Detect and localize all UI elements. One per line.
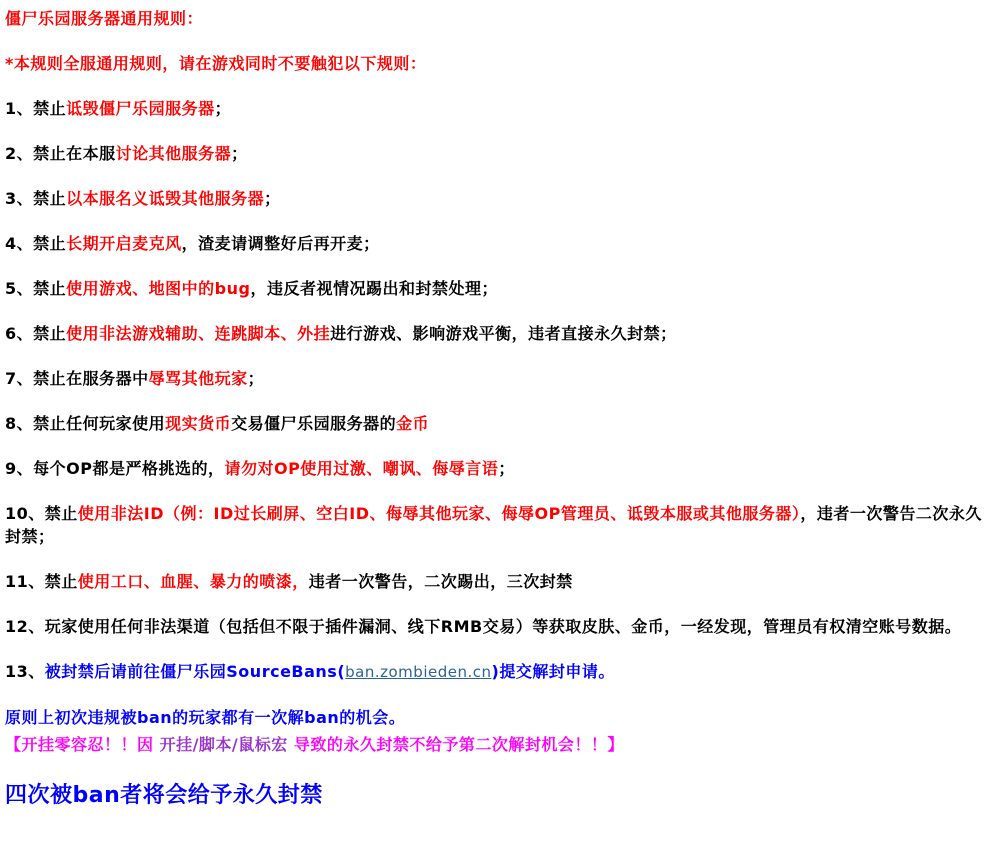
final-warning-heading: 四次被ban者将会给予永久封禁 (5, 782, 998, 810)
rule-1: 1、禁止诋毁僵尸乐园服务器； (5, 97, 998, 120)
rule-1-segment: 1、禁止 (5, 99, 66, 118)
rule-7-segment: 辱骂其他玩家 (149, 369, 248, 388)
rule-13-segment: 13、 (5, 662, 45, 681)
rule-8-segment: 交易僵尸乐园服务器的 (231, 414, 396, 433)
sourcebans-link[interactable]: ban.zombieden.cn (345, 663, 491, 681)
rule-10-segment: 使用非法ID（例：ID过长刷屏、空白ID、侮辱其他玩家、侮辱OP管理员、诋毁本服… (78, 504, 801, 523)
cheat-warning: 【开挂零容忍！！因 开挂/脚本/鼠标宏 导致的永久封禁不给予第二次解封机会！！】 (5, 733, 998, 756)
rule-2: 2、禁止在本服讨论其他服务器； (5, 142, 998, 165)
rule-10-segment: 10、禁止 (5, 504, 78, 523)
rule-4-segment: ，渣麦请调整好后再开麦； (182, 234, 380, 253)
rule-13-segment: )提交解封申请。 (492, 662, 615, 681)
rule-1-segment: ； (215, 99, 232, 118)
rule-7-segment: ； (248, 369, 265, 388)
rule-12: 12、玩家使用任何非法渠道（包括但不限于插件漏洞、线下RMB交易）等获取皮肤、金… (5, 615, 998, 638)
rule-4-segment: 4、禁止 (5, 234, 66, 253)
doc-title-segment: 僵尸乐园服务器通用规则： (5, 9, 203, 28)
unban-note-segment: 原则上初次违规被ban的玩家都有一次解ban的机会。 (5, 708, 405, 727)
rule-11: 11、禁止使用工口、血腥、暴力的喷漆，违者一次警告，二次踢出，三次封禁 (5, 570, 998, 593)
rule-10: 10、禁止使用非法ID（例：ID过长刷屏、空白ID、侮辱其他玩家、侮辱OP管理员… (5, 502, 998, 548)
rule-7: 7、禁止在服务器中辱骂其他玩家； (5, 367, 998, 390)
rule-5: 5、禁止使用游戏、地图中的bug，违反者视情况踢出和封禁处理； (5, 277, 998, 300)
rule-11-segment: 使用工口、血腥、暴力的喷漆， (78, 572, 309, 591)
rule-5-segment: 5、禁止 (5, 279, 66, 298)
rule-6-segment: 进行游戏、影响游戏平衡，违者直接永久封禁； (330, 324, 677, 343)
rule-3-segment: 3、禁止 (5, 189, 66, 208)
rule-12-segment: 12、玩家使用任何非法渠道（包括但不限于插件漏洞、线下RMB交易）等获取皮肤、金… (5, 617, 961, 636)
rules-list: 僵尸乐园服务器通用规则：*本规则全服通用规则，请在游戏同时不要触犯以下规则：1、… (5, 7, 998, 756)
rule-6: 6、禁止使用非法游戏辅助、连跳脚本、外挂进行游戏、影响游戏平衡，违者直接永久封禁… (5, 322, 998, 345)
rule-4-segment: 长期开启麦克风 (66, 234, 182, 253)
rule-9-segment: 9、每个OP都是严格挑选的， (5, 459, 224, 478)
rule-5-segment: ，违反者视情况踢出和封禁处理； (250, 279, 498, 298)
rule-3-segment: ； (264, 189, 281, 208)
cheat-warning-segment: 导致的永久封禁不给予第二次解封机会！！】 (288, 735, 624, 754)
rule-2-segment: 讨论其他服务器 (116, 144, 232, 163)
rule-2-segment: 2、禁止在本服 (5, 144, 116, 163)
rule-8-segment: 8、禁止任何玩家使用 (5, 414, 165, 433)
rule-9-segment: 请勿对OP使用过激、嘲讽、侮辱言语 (224, 459, 498, 478)
rule-9-segment: ； (498, 459, 515, 478)
rule-8-segment: 现实货币 (165, 414, 231, 433)
rule-13: 13、被封禁后请前往僵尸乐园SourceBans(ban.zombieden.c… (5, 660, 998, 684)
rule-11-segment: 11、禁止 (5, 572, 78, 591)
cheat-warning-segment: 开挂/脚本/鼠标宏 (160, 735, 288, 754)
rule-5-segment: 使用游戏、地图中的bug (66, 279, 250, 298)
rule-4: 4、禁止长期开启麦克风，渣麦请调整好后再开麦； (5, 232, 998, 255)
rule-8-segment: 金币 (396, 414, 429, 433)
intro-note-segment: *本规则全服通用规则，请在游戏同时不要触犯以下规则： (5, 54, 426, 73)
doc-title: 僵尸乐园服务器通用规则： (5, 7, 998, 30)
rule-1-segment: 诋毁僵尸乐园服务器 (66, 99, 215, 118)
cheat-warning-segment: 【开挂零容忍！！因 (5, 735, 160, 754)
rules-document: 僵尸乐园服务器通用规则：*本规则全服通用规则，请在游戏同时不要触犯以下规则：1、… (0, 0, 1006, 810)
rule-6-segment: 6、禁止 (5, 324, 66, 343)
unban-note: 原则上初次违规被ban的玩家都有一次解ban的机会。 (5, 706, 998, 729)
intro-note: *本规则全服通用规则，请在游戏同时不要触犯以下规则： (5, 52, 998, 75)
rule-8: 8、禁止任何玩家使用现实货币交易僵尸乐园服务器的金币 (5, 412, 998, 435)
rule-13-segment: 被封禁后请前往僵尸乐园SourceBans( (45, 662, 345, 681)
rule-2-segment: ； (231, 144, 248, 163)
rule-9: 9、每个OP都是严格挑选的，请勿对OP使用过激、嘲讽、侮辱言语； (5, 457, 998, 480)
rule-11-segment: 违者一次警告，二次踢出，三次封禁 (309, 572, 573, 591)
rule-7-segment: 7、禁止在服务器中 (5, 369, 149, 388)
rule-6-segment: 使用非法游戏辅助、连跳脚本、外挂 (66, 324, 330, 343)
rule-3: 3、禁止以本服名义诋毁其他服务器； (5, 187, 998, 210)
rule-3-segment: 以本服名义诋毁其他服务器 (66, 189, 264, 208)
